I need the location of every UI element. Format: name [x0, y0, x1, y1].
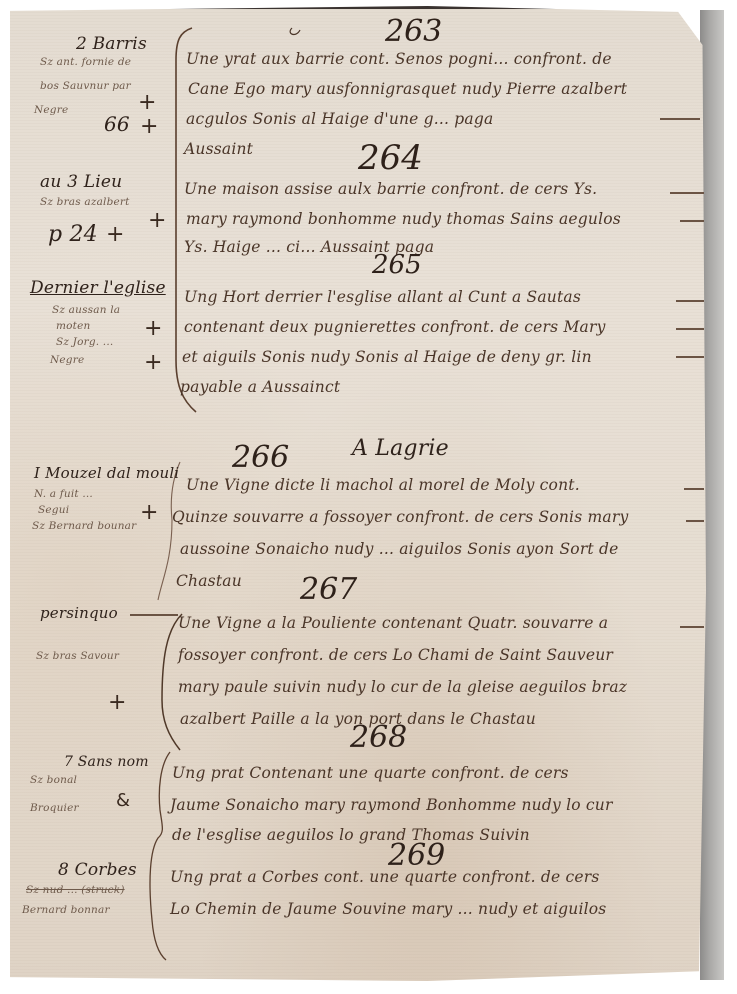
entry-number: 266	[232, 440, 289, 475]
margin-value: 66	[104, 112, 130, 136]
margin-note: N. a fuit ...	[34, 488, 93, 500]
entry-line: Une maison assise aulx barrie confront. …	[184, 180, 597, 198]
entry-line: Aussaint	[184, 140, 253, 158]
margin-note: Sz bras azalbert	[40, 196, 130, 208]
entry-line: et aiguils Sonis nudy Sonis al Haige de …	[182, 348, 592, 366]
margin-note: Negre	[50, 354, 84, 366]
line-filler-stroke	[676, 356, 704, 358]
entry-line: Une Vigne a la Pouliente contenant Quatr…	[178, 614, 608, 632]
margin-note: Bernard bonnar	[22, 904, 110, 916]
margin-note: Broquier	[30, 802, 79, 814]
cross-mark: +	[138, 90, 156, 115]
cross-mark: +	[140, 500, 158, 525]
entry-number: 263	[385, 14, 442, 49]
margin-heading: 7 Sans nom	[64, 754, 149, 770]
entry-line: Ung Hort derrier l'esglise allant al Cun…	[184, 288, 581, 306]
line-filler-stroke	[676, 328, 704, 330]
margin-note: Sz nud ... (struck)	[26, 884, 125, 896]
entry-line: payable a Aussainct	[180, 378, 340, 396]
margin-heading: I Mouzel dal mouli	[34, 464, 179, 482]
entry-line: mary paule suivin nudy lo cur de la glei…	[178, 678, 627, 696]
entry-line: de l'esglise aeguilos lo grand Thomas Su…	[172, 826, 530, 844]
line-filler-stroke	[686, 520, 704, 522]
margin-note: Segui	[38, 504, 69, 516]
line-filler-stroke	[680, 220, 704, 222]
entry-line: Une yrat aux barrie cont. Senos pogni...…	[186, 50, 612, 68]
margin-note: Negre	[34, 104, 68, 116]
line-filler-stroke	[670, 192, 704, 194]
line-filler-stroke	[684, 488, 704, 490]
ampersand-mark: &	[116, 790, 130, 811]
margin-heading: 8 Corbes	[58, 860, 137, 880]
margin-note: Sz bonal	[30, 774, 77, 786]
line-filler-stroke	[680, 626, 704, 628]
margin-value: p 24	[48, 222, 98, 247]
entry-line: aussoine Sonaicho nudy ... aiguilos Soni…	[180, 540, 619, 558]
cross-mark: +	[140, 114, 158, 139]
cross-mark: +	[148, 208, 166, 233]
margin-heading: 2 Barris	[76, 34, 147, 54]
margin-note: Sz ant. fornie de	[40, 56, 131, 68]
margin-heading: persinquo	[40, 604, 118, 622]
cross-mark: +	[108, 690, 126, 715]
margin-heading: Dernier l'eglise	[30, 278, 166, 298]
margin-note: moten	[56, 320, 90, 332]
entry-line: acgulos Sonis al Haige d'une g... paga	[186, 110, 493, 128]
line-filler-stroke	[660, 118, 700, 120]
cross-mark: +	[106, 222, 124, 247]
entry-line: Chastau	[176, 572, 242, 590]
entry-line: Lo Chemin de Jaume Souvine mary ... nudy…	[170, 900, 606, 918]
entry-line: Ung prat Contenant une quarte confront. …	[172, 764, 569, 782]
entry-line: Cane Ego mary ausfonnigrasquet nudy Pier…	[188, 80, 627, 98]
heading-leader-stroke	[130, 614, 178, 616]
entry-number: 268	[350, 720, 407, 755]
margin-note: Sz Jorg. ...	[56, 336, 113, 348]
margin-note: Sz aussan la	[52, 304, 120, 316]
entry-line: Ung prat a Corbes cont. une quarte confr…	[170, 868, 600, 886]
margin-note: Sz bras Savour	[36, 650, 119, 662]
section-heading: A Lagrie	[352, 436, 449, 461]
line-filler-stroke	[676, 300, 704, 302]
entry-line: fossoyer confront. de cers Lo Chami de S…	[178, 646, 613, 664]
cross-mark: +	[144, 350, 162, 375]
cross-mark: +	[144, 316, 162, 341]
entry-line: contenant deux pugnierettes confront. de…	[184, 318, 606, 336]
margin-note: bos Sauvnur par	[40, 80, 131, 92]
entry-number: 267	[300, 572, 357, 607]
entry-number: 264	[358, 138, 423, 178]
entry-line: Jaume Sonaicho mary raymond Bonhomme nud…	[170, 796, 613, 814]
entry-line: mary raymond bonhomme nudy thomas Sains …	[186, 210, 621, 228]
entry-number: 265	[372, 250, 422, 280]
scanned-page: 263 2 Barris Sz ant. fornie de bos Sauvn…	[0, 0, 737, 994]
entry-line: Quinze souvarre a fossoyer confront. de …	[172, 508, 628, 526]
entry-line: Une Vigne dicte li machol al morel de Mo…	[186, 476, 580, 494]
margin-note: Sz Bernard bounar	[32, 520, 136, 532]
margin-heading: au 3 Lieu	[40, 172, 122, 192]
